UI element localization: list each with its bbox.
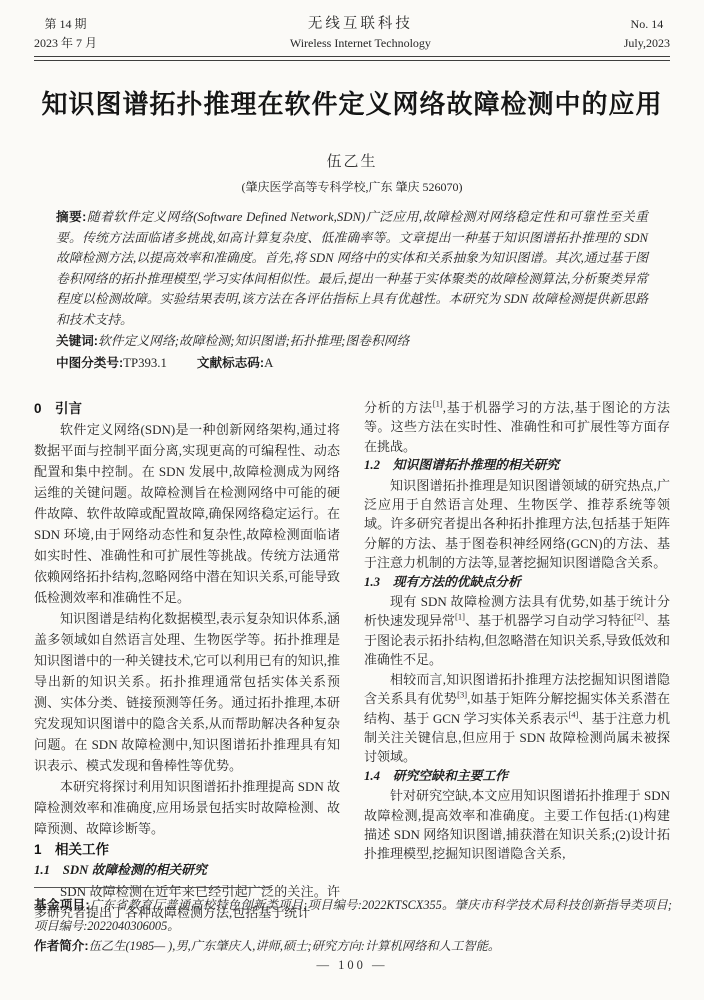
- body-column-right: 分析的方法[1],基于机器学习的方法,基于图论的方法等。这些方法在实时性、准确性…: [364, 398, 670, 886]
- text-run: 知识图谱拓扑推理是知识图谱领域的研究热点,广泛应用于自然语言处理、生物医学、推荐…: [364, 478, 670, 571]
- paragraph: 现有 SDN 故障检测方法具有优势,如基于统计分析快速发现异常[1]、基于机器学…: [364, 592, 670, 670]
- keywords-label: 关键词:: [56, 334, 98, 348]
- citation-superscript: [3]: [457, 690, 467, 700]
- bio-text: 伍乙生(1985— ),男,广东肇庆人,讲师,硕士;研究方向:计算机网络和人工智…: [89, 939, 501, 953]
- article-title: 知识图谱拓扑推理在软件定义网络故障检测中的应用: [20, 84, 684, 121]
- text-run: 分析的方法: [364, 400, 433, 415]
- citation-superscript: [1]: [433, 399, 443, 409]
- abstract-text: 随着软件定义网络(Software Defined Network,SDN)广泛…: [56, 210, 648, 327]
- header-double-rule: [34, 56, 670, 61]
- paragraph: 相较而言,知识图谱拓扑推理方法挖掘知识图谱隐含关系具有优势[3],如基于矩阵分解…: [364, 670, 670, 767]
- citation-superscript: [4]: [568, 709, 578, 719]
- abstract-paragraph: 摘要:随着软件定义网络(Software Defined Network,SDN…: [56, 207, 648, 331]
- text-run: 针对研究空缺,本文应用知识图谱拓扑推理于 SDN 故障检测,提高效率和准确度。主…: [364, 788, 670, 861]
- paragraph: 知识图谱是结构化数据模型,表示复杂知识体系,涵盖多领域如自然语言处理、生物医学等…: [34, 608, 340, 776]
- clc-line: 中图分类号:TP393.1文献标志码:A: [56, 353, 648, 374]
- journal-name-cn: 无线互联科技: [290, 15, 431, 34]
- journal-name: 无线互联科技 Wireless Internet Technology: [290, 15, 431, 53]
- keywords-text: 软件定义网络;故障检测;知识图谱;拓扑推理;图卷积网络: [98, 334, 409, 348]
- abstract-block: 摘要:随着软件定义网络(Software Defined Network,SDN…: [56, 207, 648, 374]
- text-run: 、基于机器学习自动学习特征: [465, 613, 634, 628]
- paragraph: 软件定义网络(SDN)是一种创新网络架构,通过将数据平面与控制平面分离,实现更高…: [34, 419, 340, 608]
- subsection-heading: 1.4 研究空缺和主要工作: [364, 767, 670, 786]
- footnotes: 基金项目:广东省教育厅普通高校特色创新类项目;项目编号:2022KTSCX355…: [34, 895, 672, 957]
- issue-date-en: July,2023: [624, 34, 670, 53]
- abstract-label: 摘要:: [56, 210, 86, 224]
- subsection-heading: 1.3 现有方法的优缺点分析: [364, 573, 670, 592]
- doc-code-label: 文献标志码:: [197, 356, 264, 370]
- bio-line: 作者简介:伍乙生(1985— ),男,广东肇庆人,讲师,硕士;研究方向:计算机网…: [34, 936, 672, 957]
- doc-code-value: A: [264, 356, 273, 370]
- keywords-line: 关键词:软件定义网络;故障检测;知识图谱;拓扑推理;图卷积网络: [56, 331, 648, 352]
- bio-label: 作者简介:: [34, 939, 89, 953]
- body-column-left: 0 引言软件定义网络(SDN)是一种创新网络架构,通过将数据平面与控制平面分离,…: [34, 398, 340, 886]
- issue-number-cn: 第 14 期: [34, 15, 97, 34]
- clc-label: 中图分类号:: [56, 356, 123, 370]
- issue-date-cn: 2023 年 7 月: [34, 34, 97, 53]
- fund-line: 基金项目:广东省教育厅普通高校特色创新类项目;项目编号:2022KTSCX355…: [34, 895, 672, 936]
- clc-value: TP393.1: [123, 356, 167, 370]
- paragraph: 分析的方法[1],基于机器学习的方法,基于图论的方法等。这些方法在实时性、准确性…: [364, 398, 670, 456]
- text-run: 本研究将探讨利用知识图谱拓扑推理提高 SDN 故障检测效率和准确度,应用场景包括…: [34, 779, 340, 836]
- fund-label: 基金项目:: [34, 898, 90, 912]
- page-number: — 100 —: [0, 958, 704, 973]
- footnote-rule: [34, 887, 272, 888]
- journal-header: 第 14 期 2023 年 7 月 无线互联科技 Wireless Intern…: [34, 15, 670, 53]
- paragraph: 本研究将探讨利用知识图谱拓扑推理提高 SDN 故障检测效率和准确度,应用场景包括…: [34, 776, 340, 839]
- issue-number-en: No. 14: [624, 15, 670, 34]
- header-right: No. 14 July,2023: [624, 15, 670, 53]
- subsection-heading: 1.1 SDN 故障检测的相关研究: [34, 860, 340, 881]
- paragraph: 针对研究空缺,本文应用知识图谱拓扑推理于 SDN 故障检测,提高效率和准确度。主…: [364, 786, 670, 864]
- paragraph: 知识图谱拓扑推理是知识图谱领域的研究热点,广泛应用于自然语言处理、生物医学、推荐…: [364, 476, 670, 573]
- author-affiliation: (肇庆医学高等专科学校,广东 肇庆 526070): [0, 178, 704, 195]
- author-name: 伍乙生: [0, 150, 704, 171]
- fund-text: 广东省教育厅普通高校特色创新类项目;项目编号:2022KTSCX355。肇庆市科…: [34, 898, 672, 933]
- text-run: 软件定义网络(SDN)是一种创新网络架构,通过将数据平面与控制平面分离,实现更高…: [34, 422, 340, 605]
- citation-superscript: [1]: [455, 612, 465, 622]
- text-run: 知识图谱是结构化数据模型,表示复杂知识体系,涵盖多领域如自然语言处理、生物医学等…: [34, 611, 340, 773]
- section-heading: 0 引言: [34, 398, 340, 419]
- header-left: 第 14 期 2023 年 7 月: [34, 15, 97, 53]
- section-heading: 1 相关工作: [34, 839, 340, 860]
- subsection-heading: 1.2 知识图谱拓扑推理的相关研究: [364, 456, 670, 475]
- journal-page: 第 14 期 2023 年 7 月 无线互联科技 Wireless Intern…: [0, 0, 704, 1000]
- citation-superscript: [2]: [634, 612, 644, 622]
- journal-name-en: Wireless Internet Technology: [290, 34, 431, 53]
